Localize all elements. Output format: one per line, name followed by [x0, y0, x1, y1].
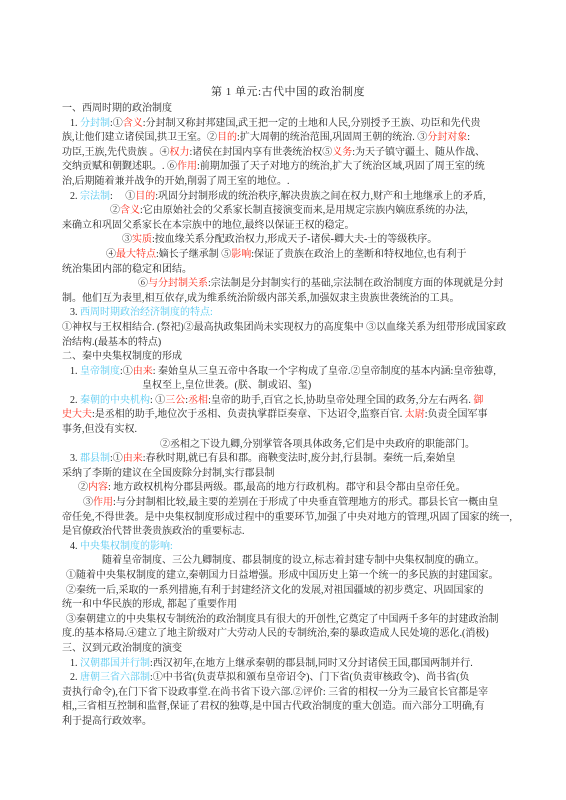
keyword-label-text: 权力 [170, 147, 190, 158]
body-text: :是丞相的助手,地位次于丞相、负责执掌群臣奏章、下达诏令,监察百官. [92, 409, 405, 420]
text-line: 1. 汉朝郡国并行制:西汉初年,在地方上继承秦朝的郡县制,同时又分封诸侯王国,郡… [62, 657, 514, 672]
body-text: 制。他们互为表里,相互依存,成为维系统治阶级内部关系,加强奴隶主贵族世袭统治的工… [62, 293, 460, 304]
body-text: 相,,三省相互控制和监督,保证了君权的独尊,是中国古代政治制度的重大创造。而六部… [62, 701, 485, 712]
body-text: 3. [70, 307, 80, 318]
body-text: 皇权至上,皇位世袭。(朕、制或诏、玺) [142, 380, 311, 391]
keyword-label-text: 目的 [217, 132, 237, 143]
body-text: ①神权与王权相结合. (祭祀)②最高执政集团尚未实现权力的高度集中 ③以血缘关系… [62, 322, 506, 333]
body-text: :① [120, 366, 133, 377]
body-text: :宗法制是分封制实行的基础,宗法制在政治制度方面的体现就是分封 [208, 278, 503, 289]
body-text: ②秦统一后,采取的一系列措施,有利于封建经济文化的发展,对祖国疆域的初步奠定、巩… [66, 585, 484, 596]
text-line: 2. 唐朝三省六部制:①中书省(负责草拟和颁布皇帝诏令)、门下省(负责审核政令)… [62, 671, 514, 686]
text-line: 1. 皇帝制度:①由来: 秦始皇从三皇五帝中各取一个字构成了皇帝.②皇帝制度的基… [62, 365, 514, 380]
keyword-label-text: 御 [473, 395, 483, 406]
body-text: ①随着中央集权制度的建立,秦朝国力日益增强。形成中国历史上第一个统一的多民族的封… [66, 570, 499, 581]
text-line: 采纳了李斯的建议在全国废除分封制,实行郡县制 [62, 467, 514, 482]
text-line: 4. 中央集权制度的影响: [62, 540, 514, 555]
document-body: 一、西周时期的政治制度1. 分封制:①含义:分封制又称封邦建国,武王把一定的土地… [62, 102, 514, 730]
text-line: ①神权与王权相结合. (祭祀)②最高执政集团尚未实现权力的高度集中 ③以血缘关系… [62, 321, 514, 336]
keyword-label-text: 最大特点 [116, 249, 156, 260]
body-text: : ① [110, 191, 135, 202]
body-text: :诸侯在封国内享有世袭统治权⑤ [190, 147, 333, 158]
body-text: 责执行命令),在门下省下设政事堂.在尚书省下设六部.②评价: 三省的相权一分为三… [62, 687, 488, 698]
body-text: ② [78, 482, 88, 493]
keyword-label-text: 太尉 [405, 409, 425, 420]
body-text: :① [110, 118, 123, 129]
body-text: :①中书省(负责草拟和颁布皇帝诏令)、门下省(负责审核政令)、尚书省(负 [150, 672, 469, 683]
keyword-label-text: 含义 [120, 205, 140, 216]
keyword-label-text: 目的 [135, 191, 155, 202]
body-text: 1. [70, 366, 80, 377]
text-line: 史大夫:是丞相的助手,地位次于丞相、负责执掌群臣奏章、下达诏令,监察百官. 太尉… [62, 408, 514, 423]
body-text: 一、西周时期的政治制度 [62, 103, 172, 114]
body-text: 来确立和巩固父系家长在本宗族中的地位,最终以保证王权的稳定。 [62, 220, 355, 231]
text-line: ③秦朝建立的中央集权专制统治的政治制度具有很大的开创性,它奠定了中国两千多年的封… [62, 613, 514, 628]
document-content: 第 1 单元:古代中国的政治制度 一、西周时期的政治制度1. 分封制:①含义:分… [62, 84, 514, 730]
body-text: 二、秦中央集权制度的形成 [62, 351, 182, 362]
body-text: :西汉初年,在地方上继承秦朝的郡县制,同时又分封诸侯王国,郡国两制并行. [150, 658, 473, 669]
keyword-label-text: 影响 [231, 249, 251, 260]
body-text: :为天子镇守疆土、随从作战、 [352, 147, 485, 158]
body-text: 治结构.(最基本的特点) [62, 337, 161, 348]
keyword-label-text: 丞相 [188, 395, 208, 406]
body-text: :它由原始社会的父系家长制直接演变而来,是用规定宗族内嫡庶系统的办法, [140, 205, 468, 216]
keyword-label-text: 由来 [133, 366, 153, 377]
body-text: : [467, 132, 470, 143]
body-text: ⑥ [138, 278, 148, 289]
text-line: ④最大特点:嫡长子继承制 ⑤影响:保证了贵族在政治上的垄断和特权地位,也有利于 [62, 248, 514, 263]
body-text: 三、汉到元政治制度的演变 [62, 643, 182, 654]
body-text: :与分封制相比较,最主要的差别在于形成了中央垂直管理地方的形式。郡县长官一概由皇 [113, 497, 498, 508]
body-text: 2. [70, 395, 80, 406]
body-text: 4. [70, 541, 80, 552]
text-line: ⑥与分封制关系:宗法制是分封制实行的基础,宗法制在政治制度方面的体现就是分封 [62, 277, 514, 292]
text-line: 是官僚政治代替世袭贵族政治的重要标志. [62, 525, 514, 540]
text-line: 3. 郡县制:①由来:春秋时期,就已有县和郡。商鞅变法时,废分封,行县制。秦统一… [62, 452, 514, 467]
section-heading-text: 郡县制 [80, 453, 110, 464]
body-text: 帝任免,不得世袭。是中央集权制度形成过程中的重要环节,加强了中央对地方的管理,巩… [62, 512, 512, 523]
body-text: 2. [70, 191, 80, 202]
keyword-label-text: 作用 [93, 497, 113, 508]
body-text: :分封制又称封邦建国,武王把一定的土地和人民,分别授予王族、功臣和先代贵 [143, 118, 481, 129]
body-text: 度.的基本格局.④建立了地主阶级对广大劳动人民的专制统治,秦的暴政造成人民处境的… [62, 628, 489, 639]
body-text: 利于提高行政效率。 [62, 716, 152, 727]
text-line: 治,后期随着兼并战争的开始,削弱了周王室的地位。. [62, 175, 514, 190]
keyword-label-text: 与分封制关系 [148, 278, 208, 289]
body-text: 功臣,王族,先代贵族 。④ [62, 147, 170, 158]
text-line: 2. 秦朝的中央机构: ①三公:丞相:皇帝的助手,百官之长,协助皇帝处理全国的政… [62, 394, 514, 409]
section-heading-text: 皇帝制度 [80, 366, 120, 377]
body-text: 2. [70, 672, 80, 683]
text-line: 利于提高行政效率。 [62, 715, 514, 730]
text-line: 来确立和巩固父系家长在本宗族中的地位,最终以保证王权的稳定。 [62, 219, 514, 234]
body-text: 1. [70, 118, 80, 129]
body-text: 交纳贡赋和朝觐述职。. ⑥ [62, 161, 177, 172]
body-text: 统治集团内部的稳定和团结。 [62, 264, 192, 275]
body-text: :扩大周朝的统治范围,巩固周王朝的统治. ③ [237, 132, 427, 143]
text-line: 族,让他们建立诸侯国,拱卫王室。②目的:扩大周朝的统治范围,巩固周王朝的统治. … [62, 131, 514, 146]
text-line: 2. 宗法制: ①目的:巩固分封制形成的统治秩序,解决贵族之间在权力,财产和土地… [62, 190, 514, 205]
text-line: 统治集团内部的稳定和团结。 [62, 263, 514, 278]
body-text: 族,让他们建立诸侯国,拱卫王室。② [62, 132, 217, 143]
body-text: ④ [106, 249, 116, 260]
body-text: 是官僚政治代替世袭贵族政治的重要标志. [62, 526, 245, 537]
body-text: 采纳了李斯的建议在全国废除分封制,实行郡县制 [62, 468, 275, 479]
body-text: ③秦朝建立的中央集权专制统治的政治制度具有很大的开创性,它奠定了中国两千多年的封… [66, 614, 499, 625]
section-heading-text: 分封制 [80, 118, 110, 129]
text-line: ③作用:与分封制相比较,最主要的差别在于形成了中央垂直管理地方的形式。郡县长官一… [62, 496, 514, 511]
body-text: :保证了贵族在政治上的垄断和特权地位,也有利于 [251, 249, 466, 260]
body-text: :前期加强了天子对地方的统治,扩大了统治区域,巩固了周王室的统 [197, 161, 485, 172]
text-line: 二、秦中央集权制度的形成 [62, 350, 514, 365]
text-line: 功臣,王族,先代贵族 。④权力:诸侯在封国内享有世袭统治权⑤义务:为天子镇守疆土… [62, 146, 514, 161]
body-text: ③ [122, 234, 132, 245]
text-line: 交纳贡赋和朝觐述职。. ⑥作用:前期加强了天子对地方的统治,扩大了统治区域,巩固… [62, 160, 514, 175]
keyword-label-text: 内容 [88, 482, 108, 493]
section-heading-text: 宗法制 [80, 191, 110, 202]
document-title: 第 1 单元:古代中国的政治制度 [62, 84, 514, 100]
text-line: ①随着中央集权制度的建立,秦朝国力日益增强。形成中国历史上第一个统一的多民族的封… [62, 569, 514, 584]
text-line: 1. 分封制:①含义:分封制又称封邦建国,武王把一定的土地和人民,分别授予王族、… [62, 117, 514, 132]
body-text: :① [110, 453, 123, 464]
text-line: ③实质:按血缘关系分配政治权力,形成天子-诸侯-卿大夫-士的等级秩序。 [62, 233, 514, 248]
text-line: ②秦统一后,采取的一系列措施,有利于封建经济文化的发展,对祖国疆域的初步奠定、巩… [62, 584, 514, 599]
text-line: ②含义:它由原始社会的父系家长制直接演变而来,是用规定宗族内嫡庶系统的办法, [62, 204, 514, 219]
keyword-label-text: 实质 [132, 234, 152, 245]
keyword-label-text: 史大夫 [62, 409, 92, 420]
document-page: 第 1 单元:古代中国的政治制度 一、西周时期的政治制度1. 分封制:①含义:分… [0, 0, 566, 800]
keyword-label-text: 含义 [123, 118, 143, 129]
section-heading-text: 西周时期政治经济制度的特点: [80, 307, 213, 318]
body-text: ②丞相之下设九卿,分别掌管各项具体政务,它们是中央政府的职能部门。 [160, 439, 475, 450]
text-line: ②内容: 地方政权机构分郡县两级。郡,最高的地方行政机构。郡守和县令都由皇帝任免… [62, 481, 514, 496]
keyword-label-text: 作用 [177, 161, 197, 172]
keyword-label-text: 义务 [332, 147, 352, 158]
section-heading-text: 汉朝郡国并行制 [80, 658, 150, 669]
body-text: 1. [70, 658, 80, 669]
text-line: 皇权至上,皇位世袭。(朕、制或诏、玺) [62, 379, 514, 394]
body-text: 3. [70, 453, 80, 464]
body-text: 统一和中华民族的形成, 都起了重要作用 [62, 599, 237, 610]
body-text: :巩固分封制形成的统治秩序,解决贵族之间在权力,财产和土地继承上的矛盾, [155, 191, 485, 202]
body-text: ② [110, 205, 120, 216]
text-line: 制。他们互为表里,相互依存,成为维系统治阶级内部关系,加强奴隶主贵族世袭统治的工… [62, 292, 514, 307]
body-text: :负责全国军事 [425, 409, 488, 420]
keyword-label-text: 三公 [165, 395, 185, 406]
text-line: 治结构.(最基本的特点) [62, 336, 514, 351]
body-text: : 地方政权机构分郡县两级。郡,最高的地方行政机构。郡守和县令都由皇帝任免。 [108, 482, 466, 493]
body-text: :皇帝的助手,百官之长,协助皇帝处理全国的政务,分左右两名. [208, 395, 473, 406]
text-line: 相,,三省相互控制和监督,保证了君权的独尊,是中国古代政治制度的重大创造。而六部… [62, 700, 514, 715]
body-text: 事务,但没有实权. [62, 424, 137, 435]
text-line: 责执行命令),在门下省下设政事堂.在尚书省下设六部.②评价: 三省的相权一分为三… [62, 686, 514, 701]
body-text: : ① [150, 395, 165, 406]
text-line: 随着皇帝制度、三公九卿制度、郡县制度的设立,标志着封建专制中央集权制度的确立。 [62, 554, 514, 569]
text-line: 一、西周时期的政治制度 [62, 102, 514, 117]
body-text: : 秦始皇从三皇五帝中各取一个字构成了皇帝.②皇帝制度的基本内涵:皇帝独尊, [153, 366, 496, 377]
body-text: ③ [83, 497, 93, 508]
keyword-label-text: 由来 [123, 453, 143, 464]
text-line: 事务,但没有实权. [62, 423, 514, 438]
body-text: 随着皇帝制度、三公九卿制度、郡县制度的设立,标志着封建专制中央集权制度的确立。 [102, 555, 485, 566]
body-text: :按血缘关系分配政治权力,形成天子-诸侯-卿大夫-士的等级秩序。 [152, 234, 437, 245]
body-text: 治,后期随着兼并战争的开始,削弱了周王室的地位。. [62, 176, 290, 187]
text-line: 度.的基本格局.④建立了地主阶级对广大劳动人民的专制统治,秦的暴政造成人民处境的… [62, 627, 514, 642]
body-text: :嫡长子继承制 ⑤ [156, 249, 231, 260]
text-line: 3. 西周时期政治经济制度的特点: [62, 306, 514, 321]
section-heading-text: 中央集权制度的影响: [80, 541, 173, 552]
keyword-label-text: 分封对象 [427, 132, 467, 143]
section-heading-text: 唐朝三省六部制 [80, 672, 150, 683]
text-line: ②丞相之下设九卿,分别掌管各项具体政务,它们是中央政府的职能部门。 [62, 438, 514, 453]
body-text: :春秋时期,就已有县和郡。商鞅变法时,废分封,行县制。秦统一后,秦始皇 [143, 453, 456, 464]
section-heading-text: 秦朝的中央机构 [80, 395, 150, 406]
text-line: 统一和中华民族的形成, 都起了重要作用 [62, 598, 514, 613]
text-line: 三、汉到元政治制度的演变 [62, 642, 514, 657]
text-line: 帝任免,不得世袭。是中央集权制度形成过程中的重要环节,加强了中央对地方的管理,巩… [62, 511, 514, 526]
